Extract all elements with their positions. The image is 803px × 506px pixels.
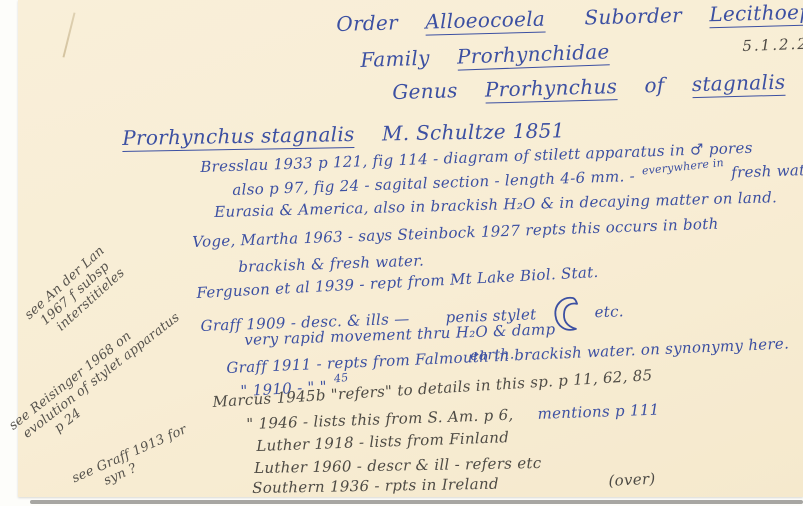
order-label: Order: [336, 10, 398, 36]
suborder-value: Lecithoepitheliata: [709, 0, 803, 28]
genus-value: Prorhynchus: [485, 74, 618, 103]
index-card-scan: Order Alloeocoela Suborder Lecithoepithe…: [0, 0, 803, 506]
genus-label: Genus: [392, 78, 458, 104]
family-value: Prorhynchidae: [457, 39, 610, 70]
bresslau-line2-end: fresh water of: [731, 160, 803, 182]
order-value: Alloeocoela: [425, 7, 545, 36]
genus-species: stagnalis: [692, 70, 786, 98]
graff-1909-etc: etc.: [594, 302, 624, 321]
family-label: Family: [360, 46, 430, 72]
suborder-label: Suborder: [584, 3, 682, 30]
genus-of: of: [644, 73, 665, 98]
scan-edge-shadow: [30, 500, 803, 504]
species-authority: M. Schultze 1851: [382, 118, 565, 145]
over-note: (over): [608, 470, 656, 490]
card-code: 5.1.2.2: [742, 35, 803, 55]
spacer: [552, 25, 578, 26]
graff-1910-superscript: 45: [333, 371, 349, 386]
species-name: Prorhynchus stagnalis: [122, 122, 355, 152]
penis-stylet-sketch-icon: [551, 295, 584, 334]
